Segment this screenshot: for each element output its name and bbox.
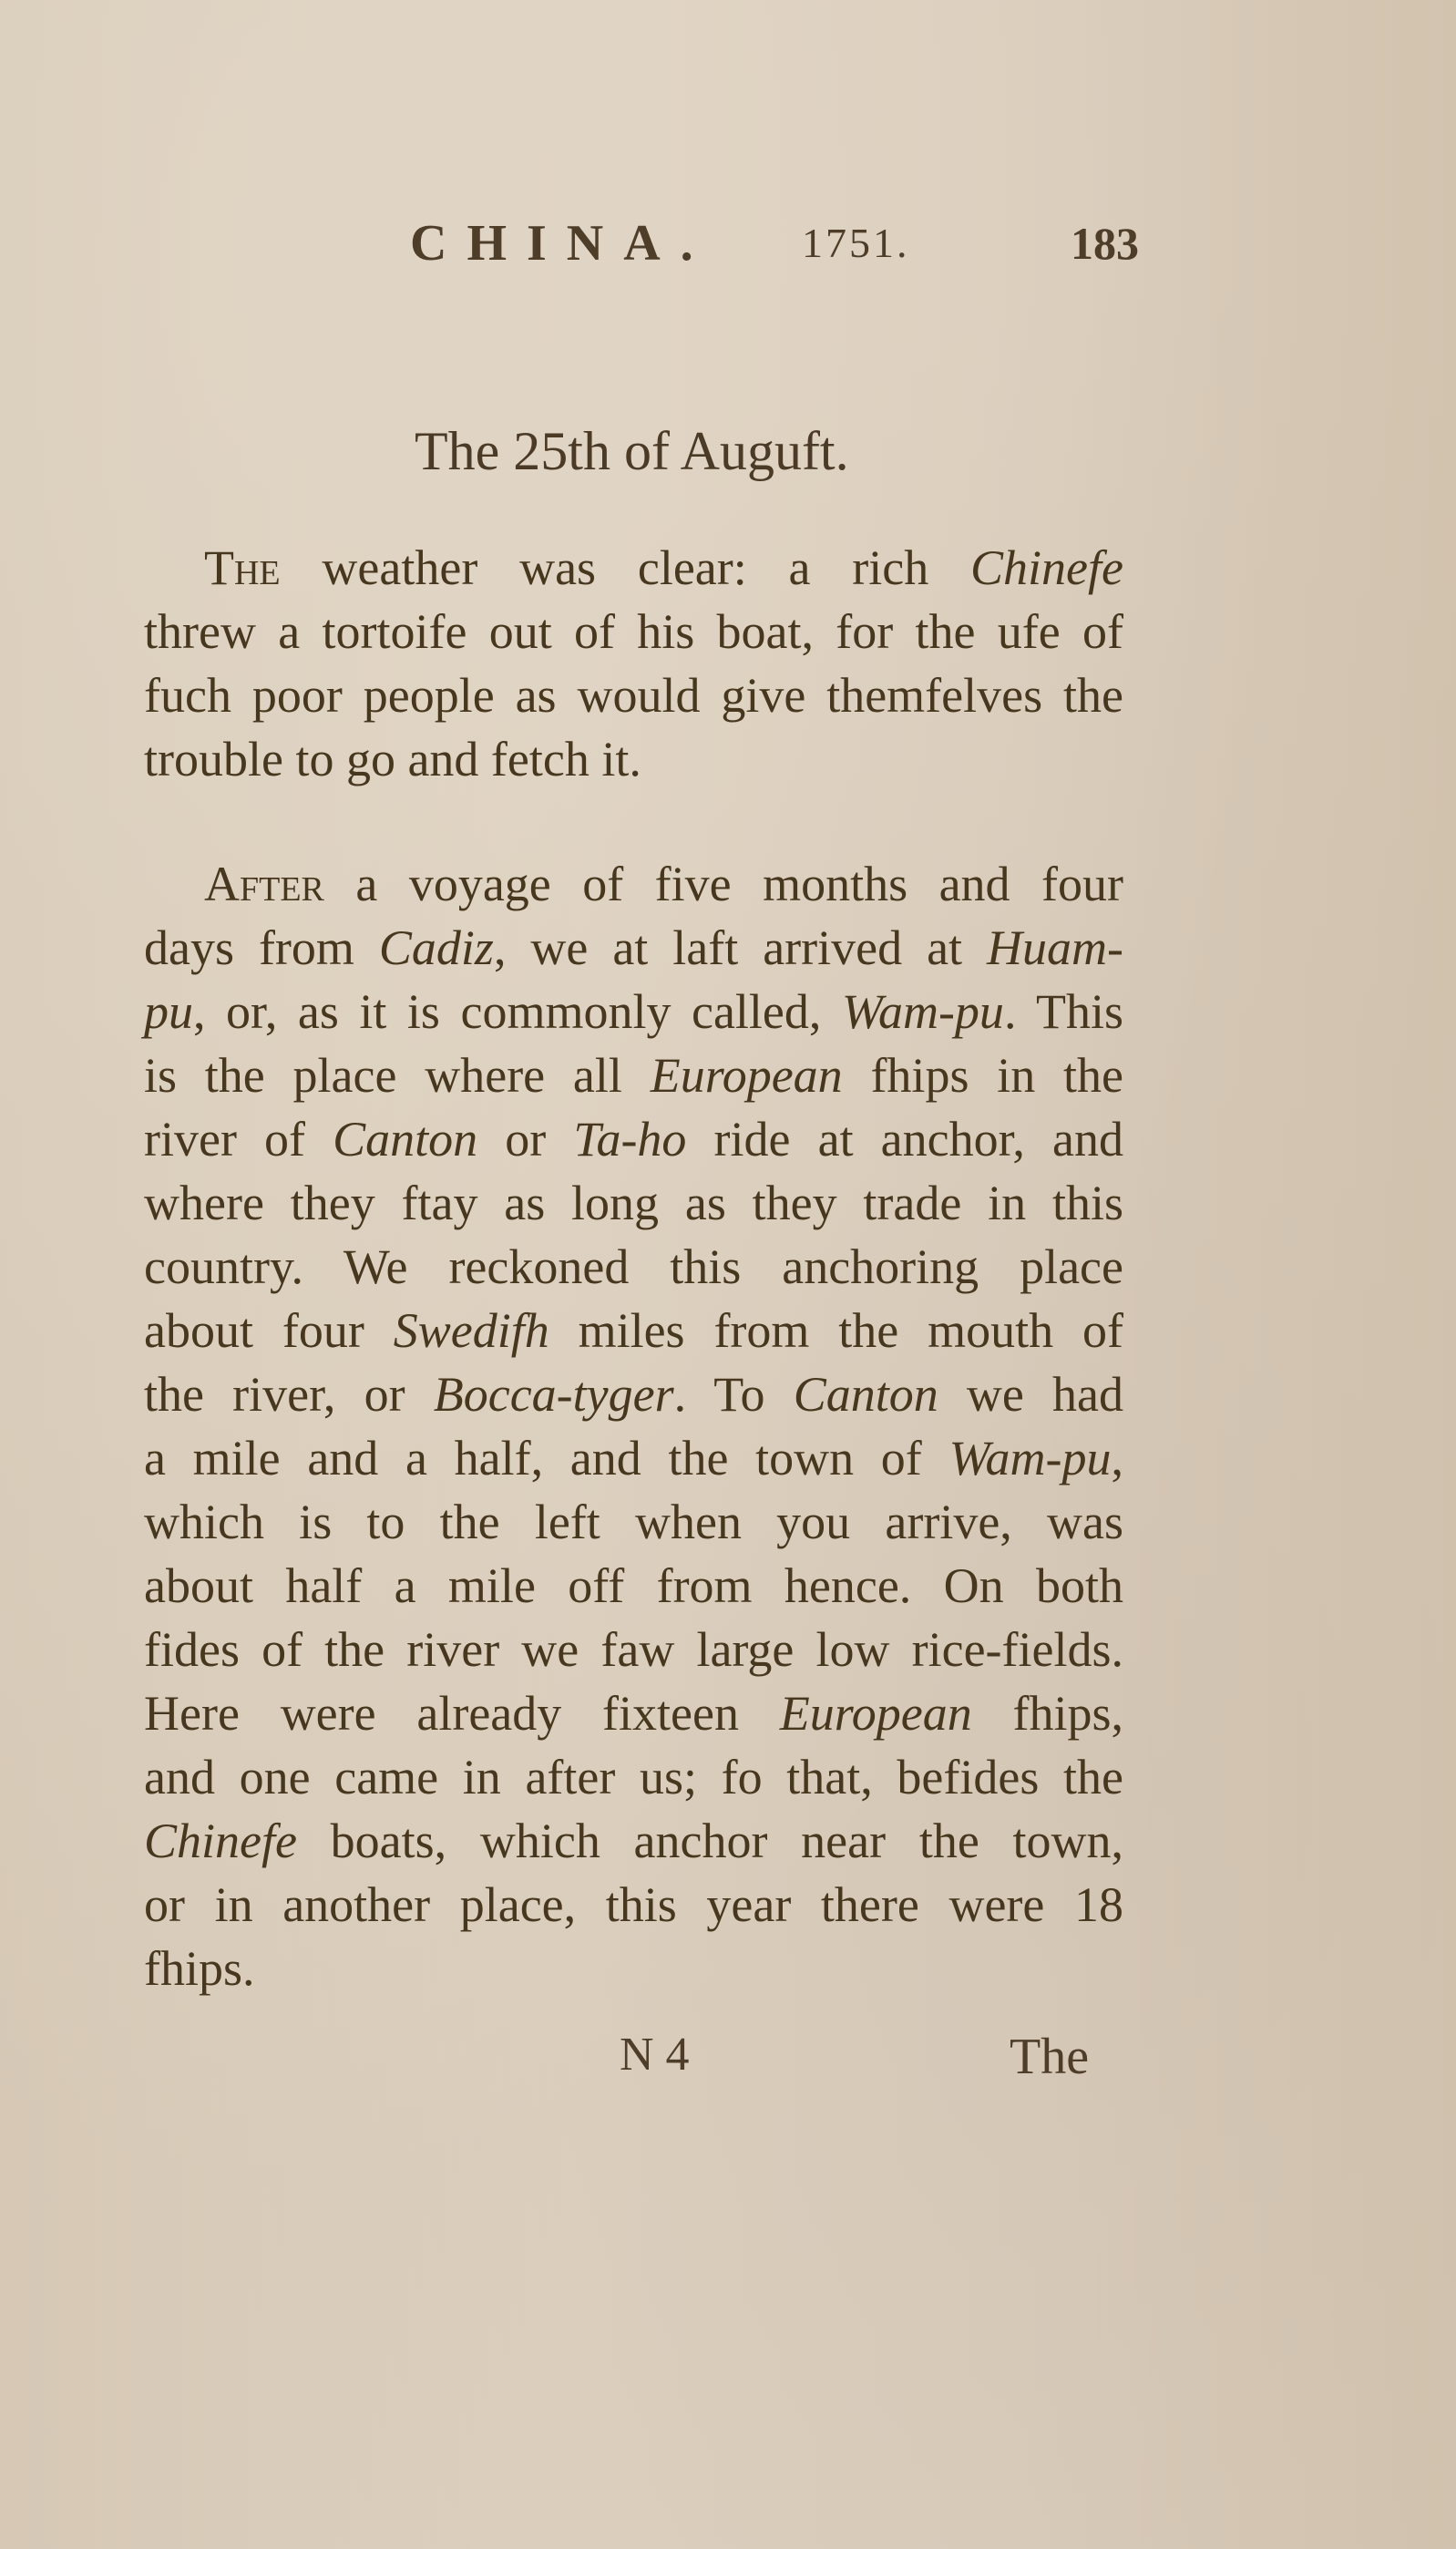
italic-word: Swedifh <box>394 1303 549 1358</box>
text-line: about half a mile off from hence. On bot… <box>144 1554 1123 1618</box>
text-line: where they ftay as long as they trade in… <box>144 1171 1123 1235</box>
italic-word: Huam- <box>987 920 1123 975</box>
text-line: fides of the river we faw large low rice… <box>144 1618 1123 1681</box>
italic-word: pu <box>144 984 193 1039</box>
italic-word: Wam-pu <box>842 984 1004 1039</box>
page-number: 183 <box>1071 211 1139 275</box>
text-run: Here were already fixteen <box>144 1686 780 1741</box>
text-run: fhips in the <box>843 1048 1123 1103</box>
italic-word: Ta-ho <box>573 1112 686 1167</box>
text-line: country. We reckoned this anchoring plac… <box>144 1235 1123 1299</box>
text-run: the river, or <box>144 1367 434 1422</box>
text-run: threw a tortoife out of his boat, for th… <box>144 604 1123 659</box>
text-line: The weather was clear: a rich Chinefe <box>144 536 1123 600</box>
text-run: fuch poor people as would give themfelve… <box>144 668 1123 723</box>
text-line: pu, or, as it is commonly called, Wam-pu… <box>144 980 1123 1043</box>
text-run: and one came in after us; fo that, befid… <box>144 1750 1123 1804</box>
paragraph-2: After a voyage of five months and fourda… <box>144 852 1123 2000</box>
text-run: is the place where all <box>144 1048 651 1103</box>
catchword: The <box>1010 2028 1089 2086</box>
text-line: is the place where all European fhips in… <box>144 1043 1123 1107</box>
text-line: the river, or Bocca-tyger. To Canton we … <box>144 1362 1123 1426</box>
text-run: where they ftay as long as they trade in… <box>144 1176 1123 1230</box>
italic-word: Wam-pu <box>948 1431 1111 1485</box>
text-run: about four <box>144 1303 394 1358</box>
text-run: . To <box>674 1367 794 1422</box>
italic-word: Cadiz <box>379 920 494 975</box>
text-run: fhips. <box>144 1941 255 1996</box>
text-run: weather was clear: a rich <box>281 540 970 595</box>
text-run: . This <box>1004 984 1123 1039</box>
italic-word: Canton <box>794 1367 938 1422</box>
running-head-title: CHINA. <box>410 211 713 275</box>
text-run: miles from the mouth of <box>549 1303 1123 1358</box>
text-run: , we at laft arrived at <box>494 920 987 975</box>
text-run: river of <box>144 1112 333 1167</box>
running-head: CHINA. 1751. 183 <box>364 211 1166 275</box>
text-run: trouble to go and fetch it. <box>144 732 641 786</box>
text-line: After a voyage of five months and four <box>144 852 1123 916</box>
text-line: trouble to go and fetch it. <box>144 727 1123 791</box>
small-caps-word: After <box>204 857 324 911</box>
book-page: CHINA. 1751. 183 The 25th of Auguft. The… <box>0 0 1456 2549</box>
italic-word: Chinefe <box>144 1814 297 1868</box>
text-line: days from Cadiz, we at laft arrived at H… <box>144 916 1123 980</box>
paragraph-1: The weather was clear: a rich Chinefethr… <box>144 536 1123 791</box>
text-run: ride at anchor, and <box>686 1112 1123 1167</box>
text-run: fhips, <box>972 1686 1123 1741</box>
text-run: country. We reckoned this anchoring plac… <box>144 1239 1123 1294</box>
text-run: we had <box>938 1367 1123 1422</box>
text-line: Chinefe boats, which anchor near the tow… <box>144 1809 1123 1873</box>
text-run: boats, which anchor near the town, <box>297 1814 1123 1868</box>
italic-word: European <box>780 1686 972 1741</box>
text-line: about four Swedifh miles from the mouth … <box>144 1299 1123 1362</box>
text-run: fides of the river we faw large low rice… <box>144 1622 1123 1677</box>
text-line: and one came in after us; fo that, befid… <box>144 1745 1123 1809</box>
text-line: fuch poor people as would give themfelve… <box>144 663 1123 727</box>
text-run: a mile and a half, and the town of <box>144 1431 948 1485</box>
text-run: or <box>477 1112 573 1167</box>
text-line: a mile and a half, and the town of Wam-p… <box>144 1426 1123 1490</box>
text-run: , or, as it is commonly called, <box>193 984 842 1039</box>
text-line: Here were already fixteen European fhips… <box>144 1681 1123 1745</box>
small-caps-word: The <box>204 540 281 595</box>
italic-word: Chinefe <box>970 540 1123 595</box>
text-run: or in another place, this year there wer… <box>144 1877 1123 1932</box>
signature-mark: N 4 <box>620 2028 690 2081</box>
text-line: or in another place, this year there wer… <box>144 1873 1123 1937</box>
text-run: , <box>1112 1431 1124 1485</box>
text-run: days from <box>144 920 379 975</box>
italic-word: European <box>651 1048 843 1103</box>
italic-word: Canton <box>333 1112 477 1167</box>
text-line: fhips. <box>144 1937 1123 2000</box>
italic-word: Bocca-tyger <box>434 1367 674 1422</box>
text-line: which is to the left when you arrive, wa… <box>144 1490 1123 1554</box>
running-head-year: 1751. <box>802 211 910 275</box>
date-heading: The 25th of Auguft. <box>415 419 849 483</box>
text-line: river of Canton or Ta-ho ride at anchor,… <box>144 1107 1123 1171</box>
text-run: a voyage of five months and four <box>324 857 1123 911</box>
text-run: which is to the left when you arrive, wa… <box>144 1495 1123 1549</box>
text-run: about half a mile off from hence. On bot… <box>144 1558 1123 1613</box>
text-line: threw a tortoife out of his boat, for th… <box>144 600 1123 663</box>
